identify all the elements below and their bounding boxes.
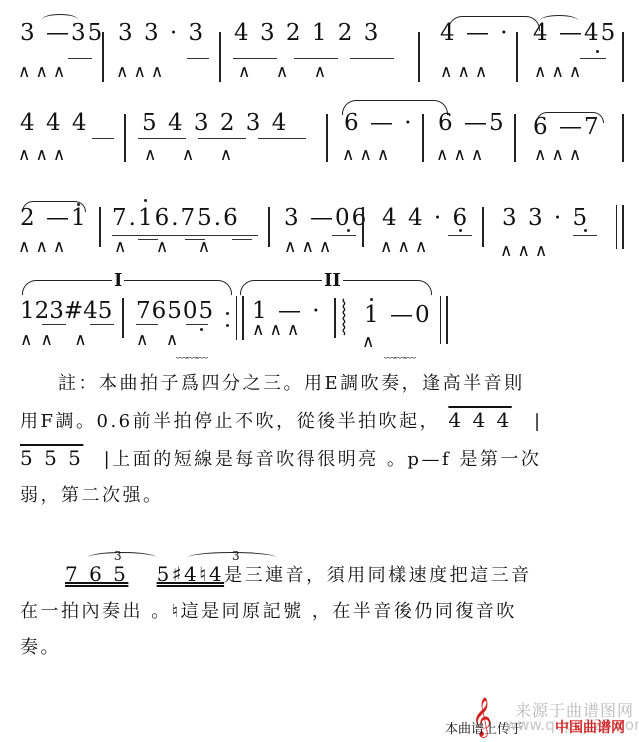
barline	[422, 114, 424, 162]
annotation-paragraph-1: 註：本曲拍子爲四分之三。用E調吹奏，逢高半音則 用F調。0.6前半拍停止不吹，從…	[20, 366, 625, 514]
annotation-paragraph-2: 3 3 7 6 5 5♯4♮4是三連音，須用同樣速度把這三音 在一拍內奏出 。♮…	[20, 556, 625, 666]
bar-notes: 5 4 3 2 3 4	[142, 110, 288, 136]
barline	[516, 32, 518, 82]
vibrato-mark: ﹏﹏﹏	[384, 344, 414, 361]
underline	[136, 324, 158, 325]
barline	[124, 114, 126, 162]
underline	[573, 235, 597, 236]
underline	[90, 324, 114, 325]
score-row-4: I II 123#45 ∧∧ ∧ 76505 ∧ ∧ ﹏﹏﹏ 1 — · ∧∧∧…	[0, 268, 639, 358]
annotation-line: 在一拍內奏出 。♮這是同原記號 ，在半音後仍同復音吹	[20, 594, 625, 630]
arpeggio-mark: ⌇⌇⌇	[340, 300, 348, 336]
low-octave-dot	[596, 50, 599, 53]
underline	[187, 58, 209, 59]
annotation-text: 在一拍內奏出 。♮這是同原記號 ，在半音後仍同復音吹	[20, 601, 517, 622]
volta-label-2: II	[322, 270, 343, 291]
underline	[138, 138, 186, 139]
bracket-mark: |	[104, 449, 113, 470]
accent-marks: ∧∧∧	[18, 62, 70, 82]
low-octave-dot	[347, 229, 350, 232]
underline	[186, 324, 208, 325]
watermark-site-name: 中国曲谱网	[555, 717, 625, 737]
accent-marks: ∧ ∧ ∧	[238, 62, 336, 82]
accent-marks: ∧∧∧	[440, 62, 492, 82]
double-barline	[616, 205, 624, 249]
final-double-barline	[440, 296, 448, 344]
score-row-3: 2 —1 ∧∧∧ 7.16.75.6 ∧ ∧ ∧ 3 —06 ∧∧∧ 4 4 ·…	[0, 185, 639, 275]
annotation-text: 註：本曲拍子爲四分之三。用E調吹奏，逢高半音則	[58, 373, 525, 394]
bar-notes: 3 3 · 3	[118, 20, 205, 46]
accent-marks: ∧∧∧	[18, 145, 70, 165]
underline	[448, 235, 472, 236]
low-octave-dot	[459, 229, 462, 232]
underline	[92, 138, 114, 139]
barline	[622, 32, 624, 82]
vibrato-mark: ﹏﹏﹏	[176, 344, 206, 361]
accent-marks: ∧∧∧	[436, 145, 488, 165]
score-row-1: 3 —35 ∧∧∧ 3 3 · 3 ∧∧∧ 4 3 2 1 2 3 ∧ ∧ ∧ …	[0, 10, 639, 100]
underline	[198, 138, 246, 139]
annotation-line: 註：本曲拍子爲四分之三。用E調吹奏，逢高半音則	[20, 366, 625, 402]
bar-notes: 4 —45	[533, 20, 617, 46]
accent-marks: ∧ ∧ ∧	[114, 237, 222, 257]
underline	[68, 58, 92, 59]
barline	[418, 32, 420, 82]
bar-notes: 4 — ·	[440, 20, 510, 46]
underline	[580, 58, 606, 59]
bracket-mark: |	[534, 411, 543, 432]
bar-notes: 3 —06	[284, 205, 368, 231]
barline	[122, 298, 124, 338]
bar-notes: 6 —5	[438, 110, 506, 136]
underline	[42, 324, 66, 325]
high-octave-dot	[144, 199, 147, 202]
example-notes-555: 5 5 5	[20, 446, 83, 470]
barline	[362, 207, 364, 247]
bar-notes: 2 —1	[20, 205, 88, 231]
accent-marks: ∧∧∧	[500, 241, 552, 261]
annotation-line: 3 3 7 6 5 5♯4♮4是三連音，須用同樣速度把這三音	[20, 556, 625, 594]
low-octave-dot	[584, 229, 587, 232]
repeat-dot	[226, 324, 229, 327]
triplet-slur	[188, 552, 276, 563]
accent-marks: ∧∧∧	[116, 62, 168, 82]
barline	[622, 114, 624, 162]
high-octave-dot	[370, 298, 373, 301]
accent-marks: ∧∧∧	[252, 320, 304, 340]
underline	[258, 138, 306, 139]
annotation-text: 是三連音，須用同樣速度把這三音	[224, 565, 532, 586]
accent-marks: ∧∧ ∧	[20, 330, 95, 350]
bar-notes: 4 3 2 1 2 3	[234, 20, 380, 46]
accent-marks: ∧∧∧	[534, 145, 586, 165]
barline	[219, 32, 221, 82]
bar-notes: 123#45	[20, 298, 112, 324]
repeat-barline	[236, 296, 244, 340]
accent-marks: ∧∧∧	[342, 145, 394, 165]
annotation-text: 奏。	[20, 637, 61, 658]
accent-marks: ∧∧∧	[534, 62, 586, 82]
barline	[326, 114, 328, 162]
accent-marks: ∧∧∧	[380, 237, 432, 257]
barline	[514, 114, 516, 162]
annotation-text: 用F調。0.6前半拍停止不吹，從後半拍吹起，	[20, 411, 440, 432]
triplet-example-5s4n4: 5♯4♮4	[157, 562, 225, 586]
accent-marks: ∧	[362, 332, 379, 352]
bar-notes: 7.16.75.6	[112, 205, 240, 231]
volta-bracket-1	[22, 280, 232, 295]
underline	[294, 58, 338, 59]
annotation-line: 奏。	[20, 630, 625, 666]
example-notes-444: 4 4 4	[448, 408, 511, 432]
underline	[350, 58, 394, 59]
repeat-dot	[226, 312, 229, 315]
bar-notes: 3 3 · 5	[502, 205, 589, 231]
bar-notes: 4 4 · 6	[382, 205, 469, 231]
volta-label-1: I	[112, 270, 124, 291]
annotation-text: 弱，第二次强。	[20, 485, 164, 506]
score-row-2: 4 4 4 ∧∧∧ 5 4 3 2 3 4 ∧ ∧ ∧ 6 — · ∧∧∧ 6 …	[0, 100, 639, 190]
barline	[268, 207, 270, 247]
bar-notes: 1 —0	[364, 302, 432, 328]
accent-marks: ∧ ∧ ∧	[144, 145, 242, 165]
bar-notes: 76505	[136, 298, 214, 324]
annotation-text: 上面的短線是每音吹得很明亮 。p—f 是第一次	[112, 449, 541, 470]
barline	[99, 207, 101, 247]
accent-marks: ∧∧∧	[284, 237, 336, 257]
underline	[232, 239, 252, 240]
underline	[233, 58, 277, 59]
bar-notes: 3 —35	[20, 20, 104, 46]
low-octave-dot	[200, 328, 203, 331]
accent-marks: ∧∧∧	[18, 237, 70, 257]
annotation-line: 5 5 5 |上面的短線是每音吹得很明亮 。p—f 是第一次	[20, 440, 625, 478]
annotation-line: 弱，第二次强。	[20, 478, 625, 514]
barline	[102, 32, 104, 82]
bar-notes: 4 4 4	[20, 110, 89, 136]
barline	[482, 207, 484, 247]
barline	[334, 298, 336, 338]
annotation-line: 用F調。0.6前半拍停止不吹，從後半拍吹起， 4 4 4 |	[20, 402, 625, 440]
bar-notes: 6 — ·	[344, 110, 414, 136]
triplet-slur	[88, 552, 156, 563]
bar-notes: 6 —7	[533, 114, 601, 140]
